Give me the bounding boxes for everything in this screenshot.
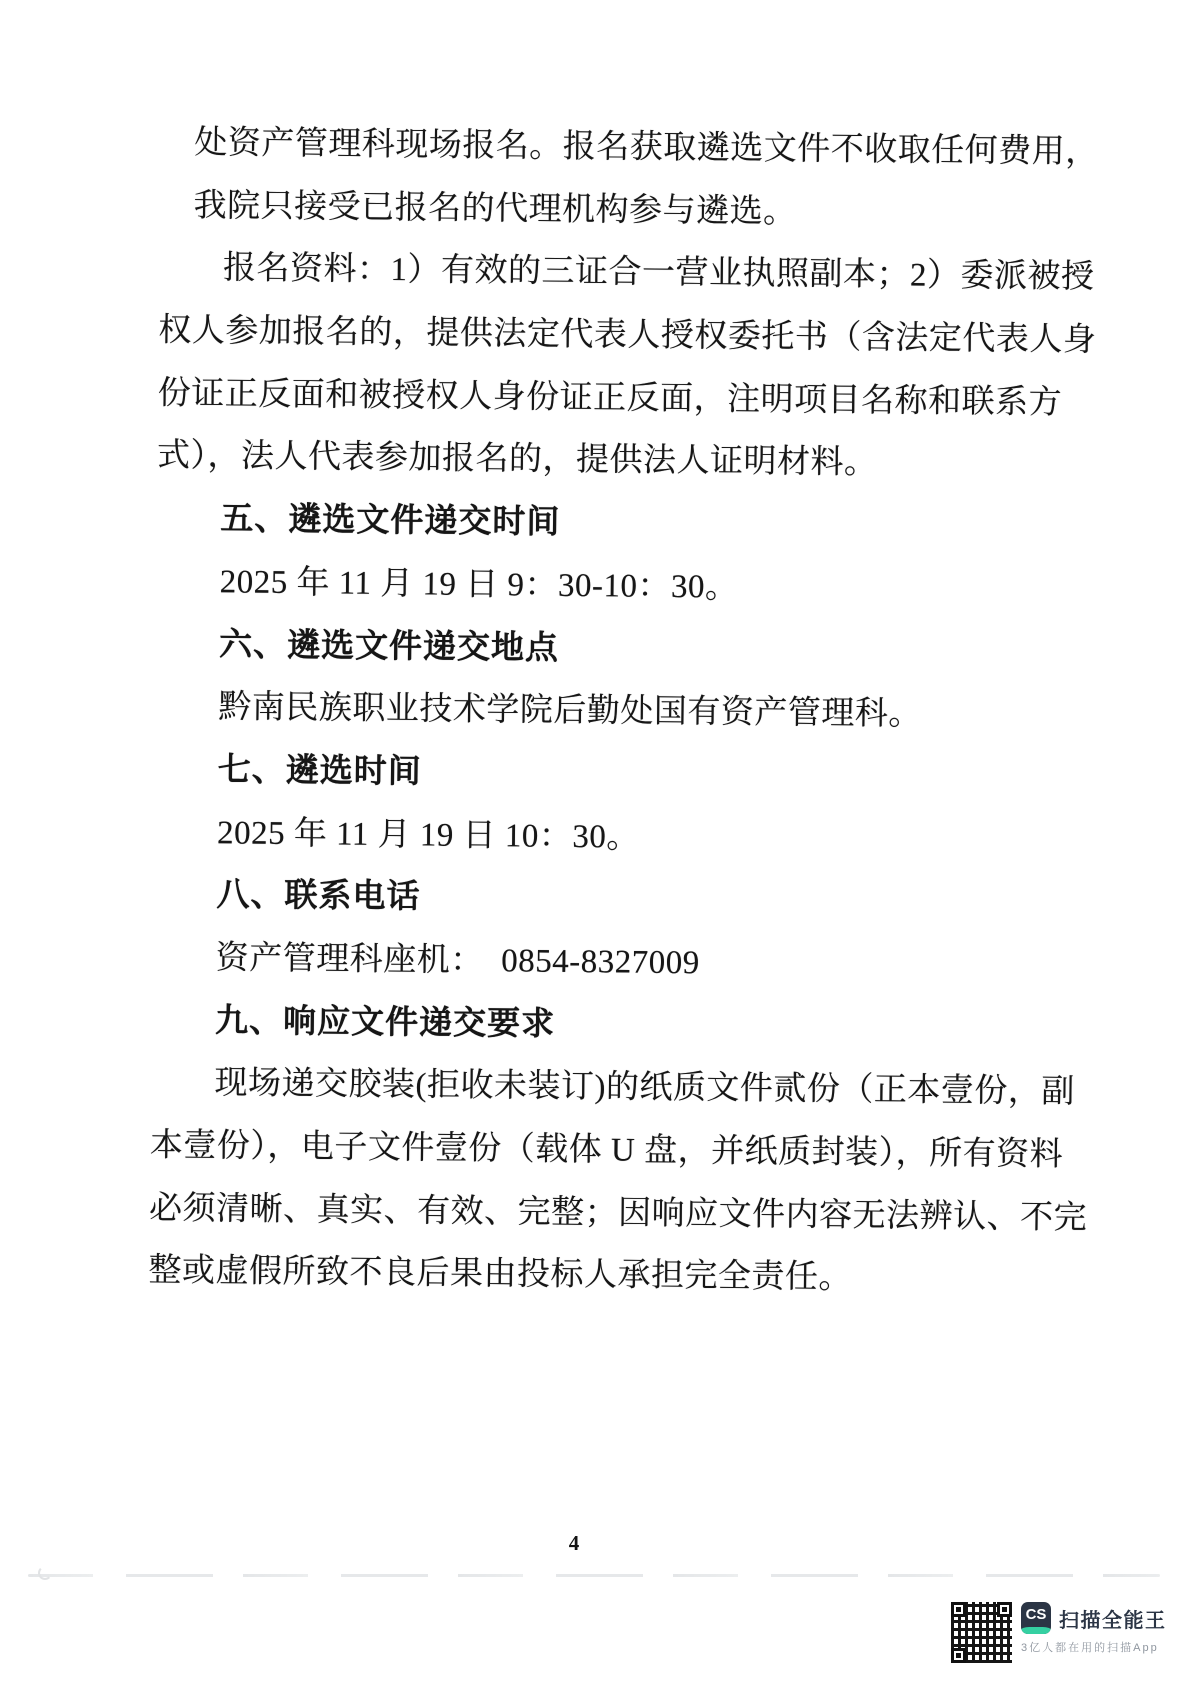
text-line: 2025 年 11 月 19 日 9：30-10：30。 [155, 550, 996, 621]
section-heading: 七、遴选时间 [153, 738, 994, 809]
scan-artifact-speck [38, 1566, 52, 1580]
text-line: 权人参加报名的，提供法定代表人授权委托书（含法定代表人身 [158, 300, 999, 371]
page-number: 4 [0, 1531, 1148, 1556]
text-line: 式），法人代表参加报名的，提供法人证明材料。 [157, 425, 998, 496]
scan-artifact-line [28, 1574, 1160, 1577]
text-line: 必须清晰、真实、有效、完整；因响应文件内容无法辨认、不完 [149, 1177, 990, 1248]
document-text-block: 处资产管理科现场报名。报名获取遴选文件不收取任何费用， 我院只接受已报名的代理机… [148, 112, 1000, 1312]
camscanner-logo-text: CS [1021, 1602, 1051, 1627]
text-line: 整或虚假所致不良后果由投标人承担完全责任。 [148, 1240, 989, 1311]
text-line: 我院只接受已报名的代理机构参与遴选。 [159, 174, 1000, 245]
watermark-tagline: 3亿人都在用的扫描App [1021, 1639, 1167, 1655]
logo-wave-accent [1021, 1627, 1051, 1634]
text-line: 黔南民族职业技术学院后勤处国有资产管理科。 [154, 676, 995, 747]
section-heading: 八、联系电话 [152, 864, 993, 935]
text-line: 报名资料：1）有效的三证合一营业执照副本；2）委派被授 [159, 237, 1000, 308]
watermark-app-name: 扫描全能王 [1059, 1604, 1167, 1633]
text-line: 2025 年 11 月 19 日 10：30。 [153, 801, 994, 872]
section-heading: 六、遴选文件递交地点 [155, 613, 996, 684]
camscanner-logo-icon: CS [1021, 1602, 1051, 1634]
section-heading: 九、响应文件递交要求 [151, 989, 992, 1060]
qr-finder-icon [997, 1602, 1012, 1617]
qr-code-icon [951, 1602, 1012, 1663]
qr-finder-icon [951, 1648, 966, 1663]
text-line: 本壹份），电子文件壹份（载体 U 盘，并纸质封装），所有资料 [149, 1115, 990, 1186]
camscanner-watermark: CS 扫描全能王 3亿人都在用的扫描App [951, 1602, 1167, 1663]
text-line: 现场递交胶装(拒收未装订)的纸质文件贰份（正本壹份，副 [150, 1052, 991, 1123]
text-line: 处资产管理科现场报名。报名获取遴选文件不收取任何费用， [160, 112, 1001, 183]
qr-finder-icon [951, 1602, 966, 1617]
section-heading: 五、遴选文件递交时间 [156, 488, 997, 559]
text-line: 资产管理科座机： 0854-8327009 [151, 927, 992, 998]
text-line: 份证正反面和被授权人身份证正反面，注明项目名称和联系方 [157, 362, 998, 433]
